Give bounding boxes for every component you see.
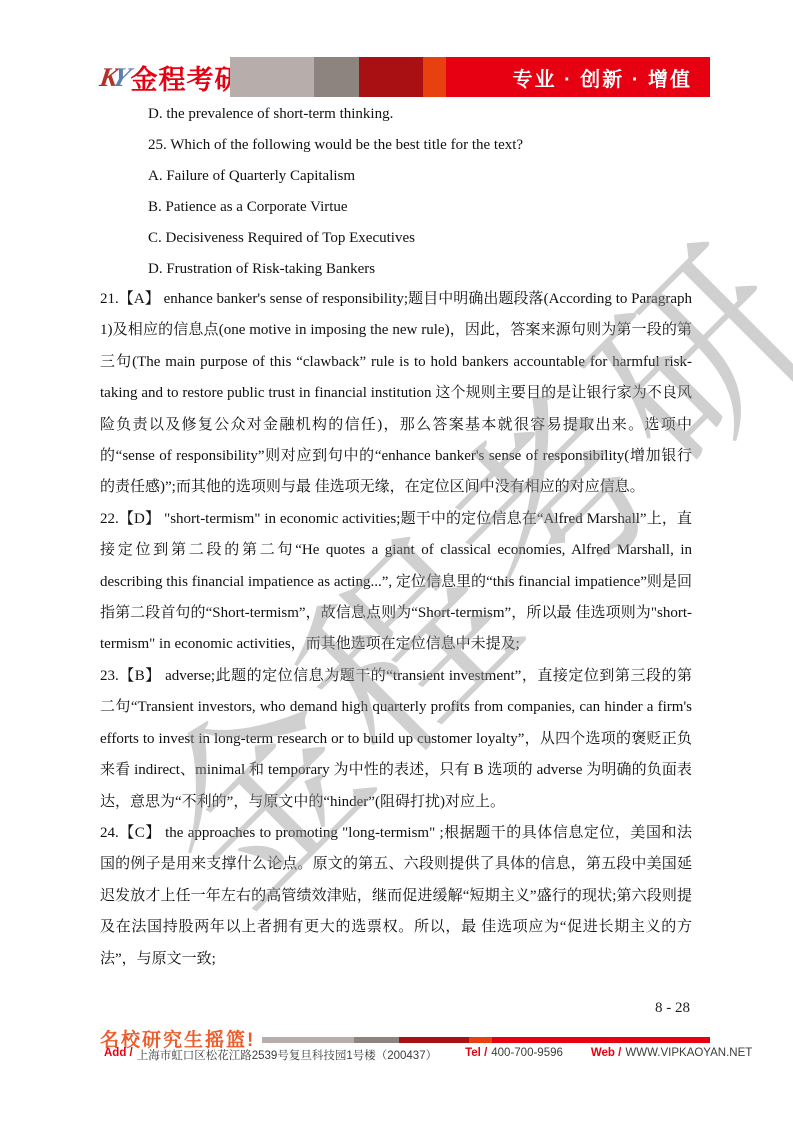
contact-tel-value: 400-700-9596 [491,1047,563,1063]
option-line: B. Patience as a Corporate Virtue [148,192,688,223]
banner-segment-orange [423,57,446,97]
footer-contact: Add / 上海市虹口区松花江路2539号复旦科技园1号楼（200437） Te… [104,1047,710,1063]
answer-label: 22.【D】 [100,511,160,527]
footer-divider-bar [262,1037,710,1043]
option-line: D. Frustration of Risk-taking Bankers [148,254,688,285]
option-line: A. Failure of Quarterly Capitalism [148,161,688,192]
answer-paragraph: 22.【D】 "short-termism" in economic activ… [100,504,692,661]
answer-text: "short-termism" in economic activities;题… [100,511,692,653]
document-page: KY 金程考研 专业 · 创新 · 增值 D. the prevalence o… [0,0,793,1122]
footer-bar-segment-red [492,1037,710,1043]
footer-bar-segment-orange [469,1037,492,1043]
option-line: C. Decisiveness Required of Top Executiv… [148,223,688,254]
banner-segment-red: 专业 · 创新 · 增值 [446,57,710,97]
banner-segment-gray-light [230,57,314,97]
option-line: 25. Which of the following would be the … [148,130,688,161]
header-logo: KY 金程考研 [100,56,243,98]
header-banner: 专业 · 创新 · 增值 [230,57,710,97]
footer-bar-segment-gray-mid [354,1037,399,1043]
answer-paragraph: 24.【C】 the approaches to promoting "long… [100,818,692,975]
logo-text: 金程考研 [131,58,243,97]
answer-label: 21.【A】 [100,291,160,307]
answer-label: 23.【B】 [100,668,161,684]
banner-segment-dark-red [359,57,423,97]
contact-tel-label: Tel / [465,1047,487,1063]
answer-label: 24.【C】 [100,825,161,841]
banner-segment-gray-mid [314,57,359,97]
answer-text: enhance banker's sense of responsibility… [100,291,692,495]
contact-address: Add / 上海市虹口区松花江路2539号复旦科技园1号楼（200437） [104,1047,437,1063]
contact-add-label: Add / [104,1047,133,1063]
banner-slogan: 专业 · 创新 · 增值 [512,63,692,92]
answers-section: 21.【A】 enhance banker's sense of respons… [100,284,692,975]
answer-paragraph: 21.【A】 enhance banker's sense of respons… [100,284,692,504]
ky-logo-icon: KY [100,64,128,91]
contact-add-value: 上海市虹口区松花江路2539号复旦科技园1号楼（200437） [137,1047,437,1063]
contact-web: Web / WWW.VIPKAOYAN.NET [591,1047,752,1063]
option-line: D. the prevalence of short-term thinking… [148,99,688,130]
question-options: D. the prevalence of short-term thinking… [148,99,688,285]
footer-bar-segment-dark-red [399,1037,469,1043]
contact-tel: Tel / 400-700-9596 [465,1047,563,1063]
answer-text: the approaches to promoting "long-termis… [100,825,692,967]
answer-paragraph: 23.【B】 adverse;此题的定位信息为题干的“transient inv… [100,661,692,818]
page-number: 8 - 28 [655,1000,690,1017]
answer-text: adverse;此题的定位信息为题干的“transient investment… [100,668,692,810]
footer-bar-segment-gray-light [262,1037,354,1043]
contact-web-label: Web / [591,1047,621,1063]
contact-web-value: WWW.VIPKAOYAN.NET [625,1047,752,1063]
